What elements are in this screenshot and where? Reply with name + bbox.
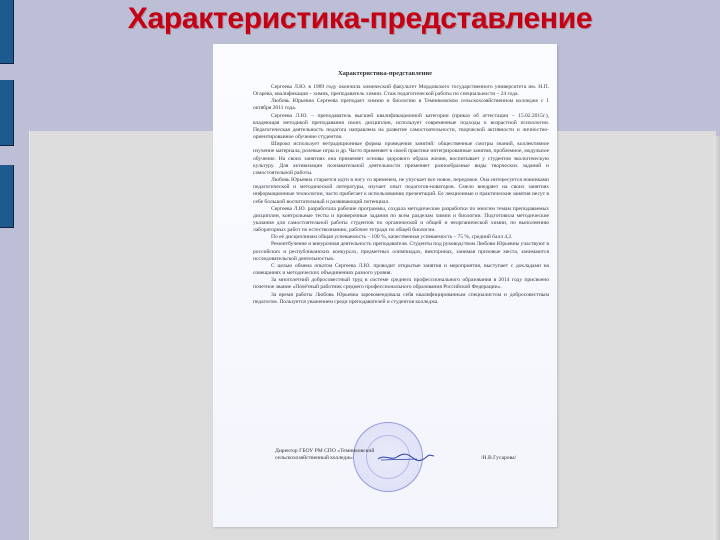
paragraph: Сергеева Л.Ю. разработала рабочие програ… [253,206,549,235]
paragraph: Сергеева Л.Ю. в 1989 году окончила химич… [253,84,549,98]
content-panel-edge [713,136,720,540]
decor-bar-3 [0,165,14,228]
decor-bar-2 [0,80,14,146]
paragraph: Сергеева Л.Ю. – преподаватель высшей ква… [253,113,549,142]
document-body: Сергеева Л.Ю. в 1989 году окончила химич… [253,84,549,306]
paragraph: Широко использует нетрадиционные формы п… [253,141,549,177]
paragraph: Любовь Юрьевна старается идти в ногу со … [253,177,549,206]
paragraph: С целью обмена опытом Сергеева Л.Ю. пров… [253,263,549,277]
signatory-name: /Н.В.Гусарова/ [481,455,516,462]
paragraph: За многолетний добросовестный труд в сис… [253,277,549,291]
paragraph: За время работы Любовь Юрьевна зарекомен… [253,292,549,306]
scanned-document: Характеристика-представление Сергеева Л.… [213,44,557,527]
paragraph: Ремонтбучение и внеурочная деятельность … [253,241,549,262]
document-heading: Характеристика-представление [213,70,557,77]
slide-title: Характеристика-представление [0,2,720,36]
handwritten-signature-icon [377,452,435,462]
paragraph: Любовь Юрьевна Сергеева преподает химию … [253,98,549,112]
